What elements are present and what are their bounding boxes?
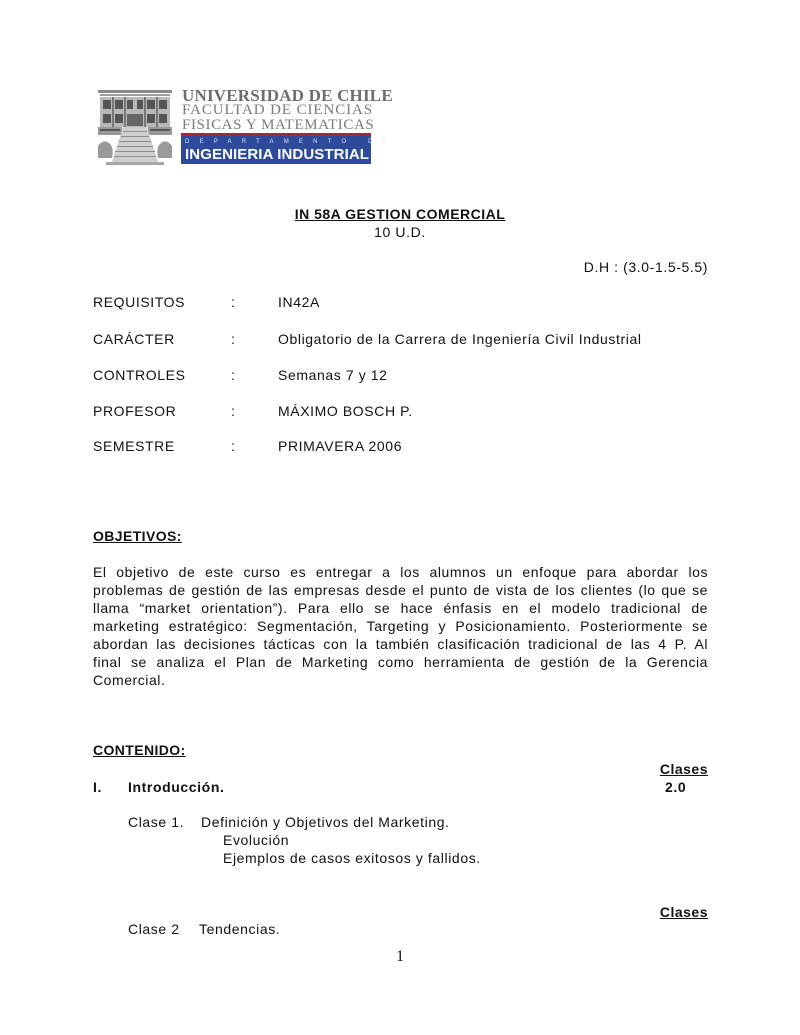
info-separator: : bbox=[231, 438, 236, 454]
section-number: I. bbox=[93, 779, 102, 795]
course-hours: D.H : (3.0-1.5-5.5) bbox=[584, 259, 708, 275]
contenido-heading: CONTENIDO: bbox=[93, 742, 186, 758]
info-value-controles: Semanas 7 y 12 bbox=[278, 367, 388, 383]
section-clases-count: 2.0 bbox=[665, 779, 686, 795]
clase-2-title: Tendencias. bbox=[199, 921, 280, 937]
clase-2-label: Clase 2 bbox=[128, 921, 180, 937]
info-label-caracter: CARÁCTER bbox=[93, 331, 175, 347]
info-label-profesor: PROFESOR bbox=[93, 403, 176, 419]
clase-1-title: Definición y Objetivos del Marketing. bbox=[201, 814, 450, 830]
clase-1-label: Clase 1. bbox=[128, 814, 184, 830]
info-value-caracter: Obligatorio de la Carrera de Ingeniería … bbox=[278, 331, 642, 347]
info-separator: : bbox=[231, 294, 236, 310]
clase-1-item: Evolución bbox=[223, 832, 289, 848]
objetivos-heading: OBJETIVOS: bbox=[93, 528, 182, 544]
clases-column-header: Clases bbox=[660, 761, 708, 777]
course-title-text: IN 58A GESTION COMERCIAL bbox=[295, 206, 506, 222]
page-number: 1 bbox=[0, 948, 800, 966]
building-icon bbox=[96, 86, 174, 166]
university-logo: UNIVERSIDAD DE CHILE FACULTAD DE CIENCIA… bbox=[96, 86, 372, 166]
department-name: INGENIERIA INDUSTRIAL bbox=[185, 146, 369, 163]
info-separator: : bbox=[231, 367, 236, 383]
info-label-requisitos: REQUISITOS bbox=[93, 294, 185, 310]
info-value-requisitos: IN42A bbox=[278, 294, 320, 310]
department-label: DEPARTAMENTO DE bbox=[185, 139, 397, 145]
clase-1-item: Ejemplos de casos exitosos y fallidos. bbox=[223, 850, 481, 866]
section-title: Introducción. bbox=[128, 779, 224, 795]
info-label-controles: CONTROLES bbox=[93, 367, 186, 383]
course-units: 10 U.D. bbox=[0, 224, 800, 240]
info-label-semestre: SEMESTRE bbox=[93, 438, 175, 454]
info-value-profesor: MÁXIMO BOSCH P. bbox=[278, 403, 413, 419]
course-title: IN 58A GESTION COMERCIAL bbox=[0, 206, 800, 222]
clases-column-header: Clases bbox=[660, 904, 708, 920]
faculty-name-line2: FISICAS Y MATEMATICAS bbox=[182, 117, 374, 134]
info-separator: : bbox=[231, 403, 236, 419]
info-value-semestre: PRIMAVERA 2006 bbox=[278, 438, 402, 454]
objetivos-paragraph: El objetivo de este curso es entregar a … bbox=[93, 563, 708, 689]
department-banner: DEPARTAMENTO DE INGENIERIA INDUSTRIAL bbox=[181, 136, 371, 164]
info-separator: : bbox=[231, 331, 236, 347]
